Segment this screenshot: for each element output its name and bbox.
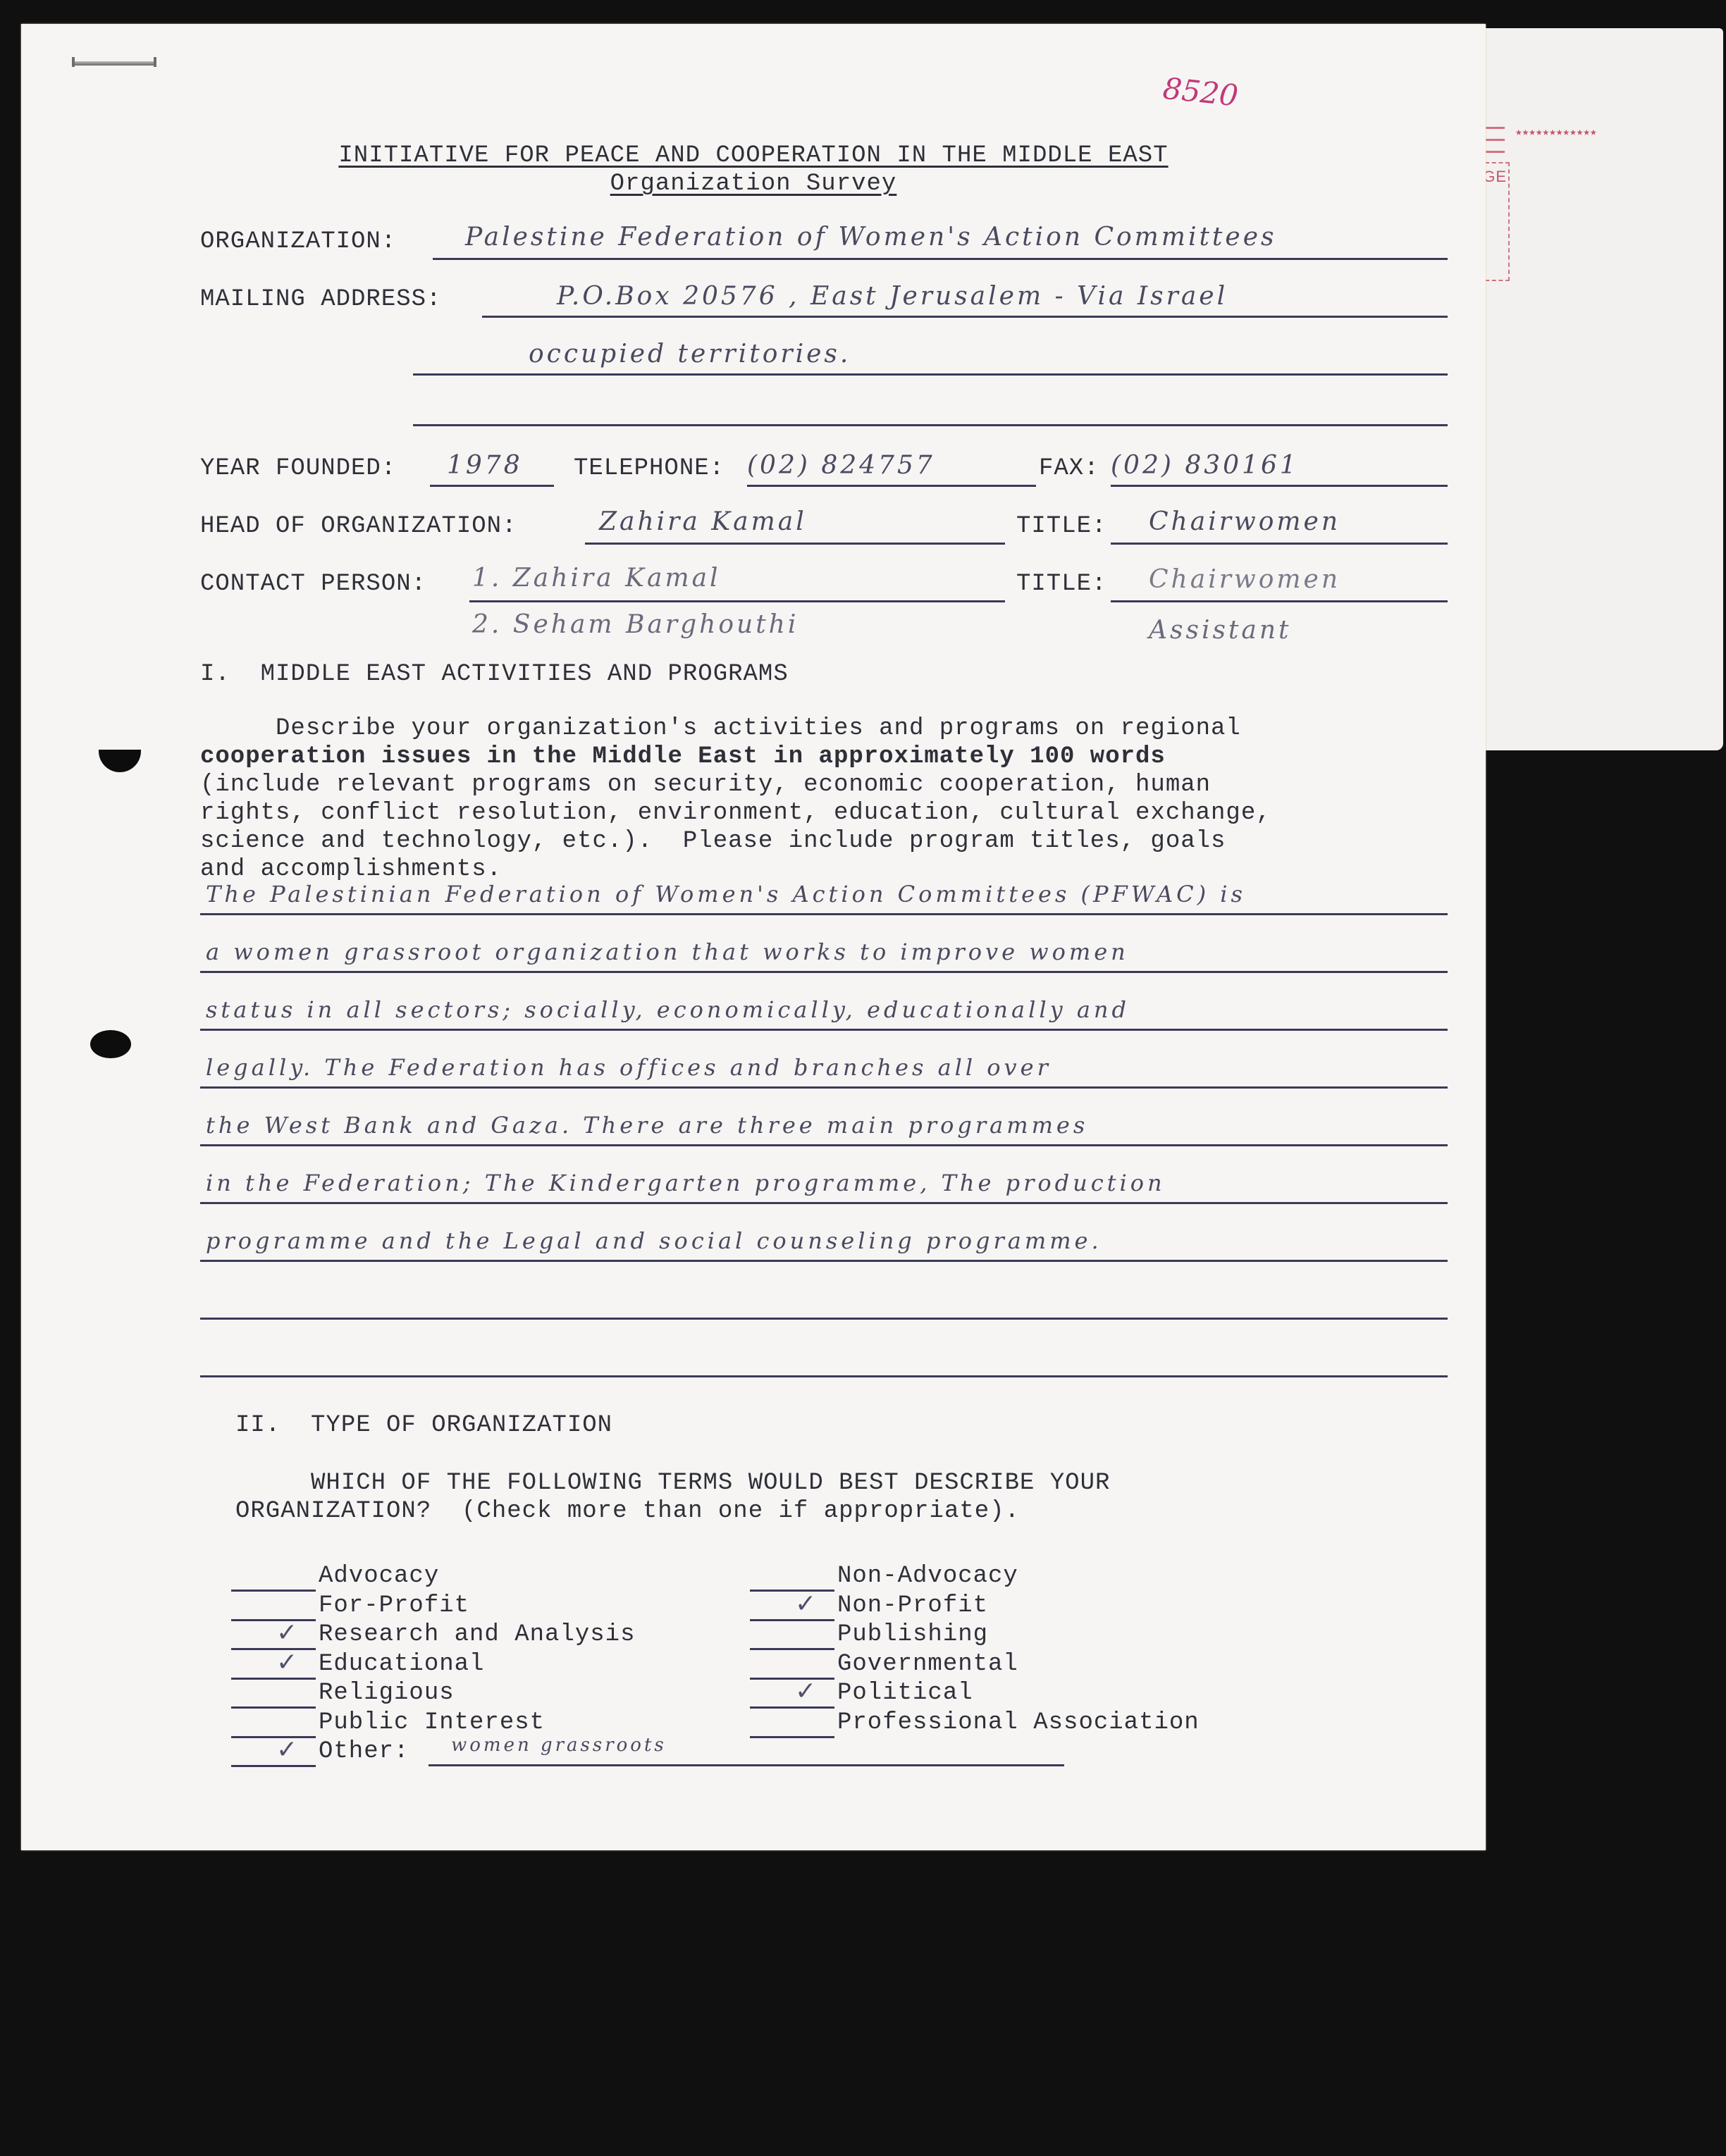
- instruction-line: and accomplishments.: [200, 855, 1271, 884]
- survey-page: 8520 INITIATIVE FOR PEACE AND COOPERATIO…: [21, 24, 1486, 1850]
- fax-line: [1111, 485, 1448, 487]
- checkbox-blank[interactable]: [231, 1765, 316, 1767]
- option-label: Non-Profit: [837, 1592, 988, 1619]
- answer-line-rule: [200, 971, 1448, 973]
- mailing-address-label: MAILING ADDRESS:: [200, 286, 441, 313]
- punch-hole-top: [99, 750, 141, 772]
- answer-line-rule: [200, 1144, 1448, 1146]
- answer-line-rule: [200, 913, 1448, 915]
- checkbox-blank[interactable]: [231, 1678, 316, 1680]
- mailing-address-field-2[interactable]: occupied territories.: [529, 340, 851, 368]
- answer-line-rule: [200, 1318, 1448, 1320]
- answer-line-rule: [200, 1202, 1448, 1204]
- organization-line: [433, 258, 1448, 260]
- checkbox-blank[interactable]: [231, 1619, 316, 1621]
- contact-label: CONTACT PERSON:: [200, 571, 426, 597]
- checkbox-blank[interactable]: [750, 1678, 834, 1680]
- check-mark-icon: ✓: [276, 1735, 297, 1764]
- check-mark-icon: ✓: [795, 1677, 816, 1706]
- option-label: Research and Analysis: [319, 1621, 635, 1648]
- page-title: INITIATIVE FOR PEACE AND COOPERATION IN …: [21, 142, 1486, 169]
- option-label: Political: [837, 1680, 973, 1706]
- archive-number: 8520: [1161, 71, 1240, 113]
- contact-field-2[interactable]: 2. Seham Barghouthi: [472, 610, 799, 639]
- option-label: Other:: [319, 1738, 409, 1765]
- contact-title-field-2[interactable]: Assistant: [1149, 616, 1292, 645]
- checkbox-blank[interactable]: [750, 1648, 834, 1650]
- check-mark-icon: ✓: [276, 1618, 297, 1647]
- instruction-line: science and technology, etc.). Please in…: [200, 827, 1271, 855]
- contact-title-label: TITLE:: [1016, 571, 1107, 597]
- section-1-heading: I. MIDDLE EAST ACTIVITIES AND PROGRAMS: [200, 661, 789, 688]
- star-border: ★★★★★★★★★★★★: [1515, 127, 1529, 139]
- answer-line[interactable]: programme and the Legal and social couns…: [206, 1227, 1102, 1254]
- instruction-line: rights, conflict resolution, environment…: [200, 799, 1271, 827]
- head-title-field[interactable]: Chairwomen: [1149, 507, 1340, 536]
- answer-line-rule: [200, 1375, 1448, 1377]
- mailing-address-line-3: [413, 424, 1448, 426]
- year-founded-line: [430, 485, 554, 487]
- mailing-address-line-2: [413, 373, 1448, 376]
- option-label: Non-Advocacy: [837, 1563, 1018, 1590]
- contact-title-field-1[interactable]: Chairwomen: [1149, 565, 1340, 594]
- section-2-question-2: ORGANIZATION? (Check more than one if ap…: [235, 1498, 1020, 1525]
- checkbox-blank[interactable]: [750, 1619, 834, 1621]
- option-label: Educational: [319, 1651, 484, 1678]
- other-line: [429, 1764, 1064, 1766]
- telephone-line: [747, 485, 1036, 487]
- head-title-label: TITLE:: [1016, 513, 1107, 540]
- contact-line: [469, 600, 1005, 602]
- answer-line[interactable]: status in all sectors; socially, economi…: [206, 996, 1130, 1023]
- organization-label: ORGANIZATION:: [200, 228, 396, 255]
- punch-hole-bottom: [90, 1030, 131, 1058]
- year-founded-label: YEAR FOUNDED:: [200, 455, 396, 482]
- telephone-field[interactable]: (02) 824757: [747, 451, 935, 480]
- fax-field[interactable]: (02) 830161: [1111, 451, 1299, 480]
- checkbox-blank[interactable]: [750, 1706, 834, 1709]
- checkbox-blank[interactable]: [750, 1590, 834, 1592]
- mailing-address-field-1[interactable]: P.O.Box 20576 , East Jerusalem - Via Isr…: [557, 282, 1228, 311]
- staple: [72, 61, 156, 66]
- mailing-address-line-1: [482, 316, 1448, 318]
- answer-line[interactable]: in the Federation; The Kindergarten prog…: [206, 1170, 1166, 1196]
- checkbox-blank[interactable]: [231, 1648, 316, 1650]
- head-label: HEAD OF ORGANIZATION:: [200, 513, 517, 540]
- option-label: Religious: [319, 1680, 455, 1706]
- fax-label: FAX:: [1039, 455, 1099, 482]
- instruction-line: (include relevant programs on security, …: [200, 771, 1271, 799]
- section-2-question-1: WHICH OF THE FOLLOWING TERMS WOULD BEST …: [235, 1470, 1110, 1497]
- answer-line[interactable]: The Palestinian Federation of Women's Ac…: [206, 881, 1246, 907]
- checkbox-blank[interactable]: [231, 1590, 316, 1592]
- answer-line-rule: [200, 1086, 1448, 1089]
- contact-title-line: [1111, 600, 1448, 602]
- checkbox-blank[interactable]: [231, 1706, 316, 1709]
- organization-field[interactable]: Palestine Federation of Women's Action C…: [465, 223, 1276, 252]
- option-label: For-Profit: [319, 1592, 469, 1619]
- head-line: [585, 543, 1005, 545]
- option-label: Governmental: [837, 1651, 1018, 1678]
- checkbox-blank[interactable]: [231, 1736, 316, 1738]
- page-subtitle: Organization Survey: [21, 171, 1486, 197]
- other-field[interactable]: women grassroots: [451, 1735, 667, 1756]
- head-field[interactable]: Zahira Kamal: [599, 507, 807, 536]
- contact-field-1[interactable]: 1. Zahira Kamal: [472, 564, 721, 593]
- year-founded-field[interactable]: 1978: [447, 451, 523, 480]
- check-mark-icon: ✓: [276, 1648, 297, 1677]
- answer-line[interactable]: legally. The Federation has offices and …: [206, 1054, 1052, 1081]
- option-label: Advocacy: [319, 1563, 439, 1590]
- telephone-label: TELEPHONE:: [574, 455, 725, 482]
- answer-line[interactable]: a women grassroot organization that work…: [206, 938, 1129, 965]
- head-title-line: [1111, 543, 1448, 545]
- instruction-line: cooperation issues in the Middle East in…: [200, 743, 1271, 771]
- check-mark-icon: ✓: [795, 1590, 816, 1618]
- section-2-heading: II. TYPE OF ORGANIZATION: [235, 1412, 612, 1439]
- instruction-line: Describe your organization's activities …: [200, 714, 1271, 743]
- answer-line-rule: [200, 1029, 1448, 1031]
- answer-line[interactable]: the West Bank and Gaza. There are three …: [206, 1112, 1088, 1139]
- option-label: Public Interest: [319, 1709, 545, 1736]
- checkbox-blank[interactable]: [750, 1736, 834, 1738]
- option-label: Publishing: [837, 1621, 988, 1648]
- answer-line-rule: [200, 1260, 1448, 1262]
- option-label: Professional Association: [837, 1709, 1200, 1736]
- section-1-instructions: Describe your organization's activities …: [200, 714, 1271, 884]
